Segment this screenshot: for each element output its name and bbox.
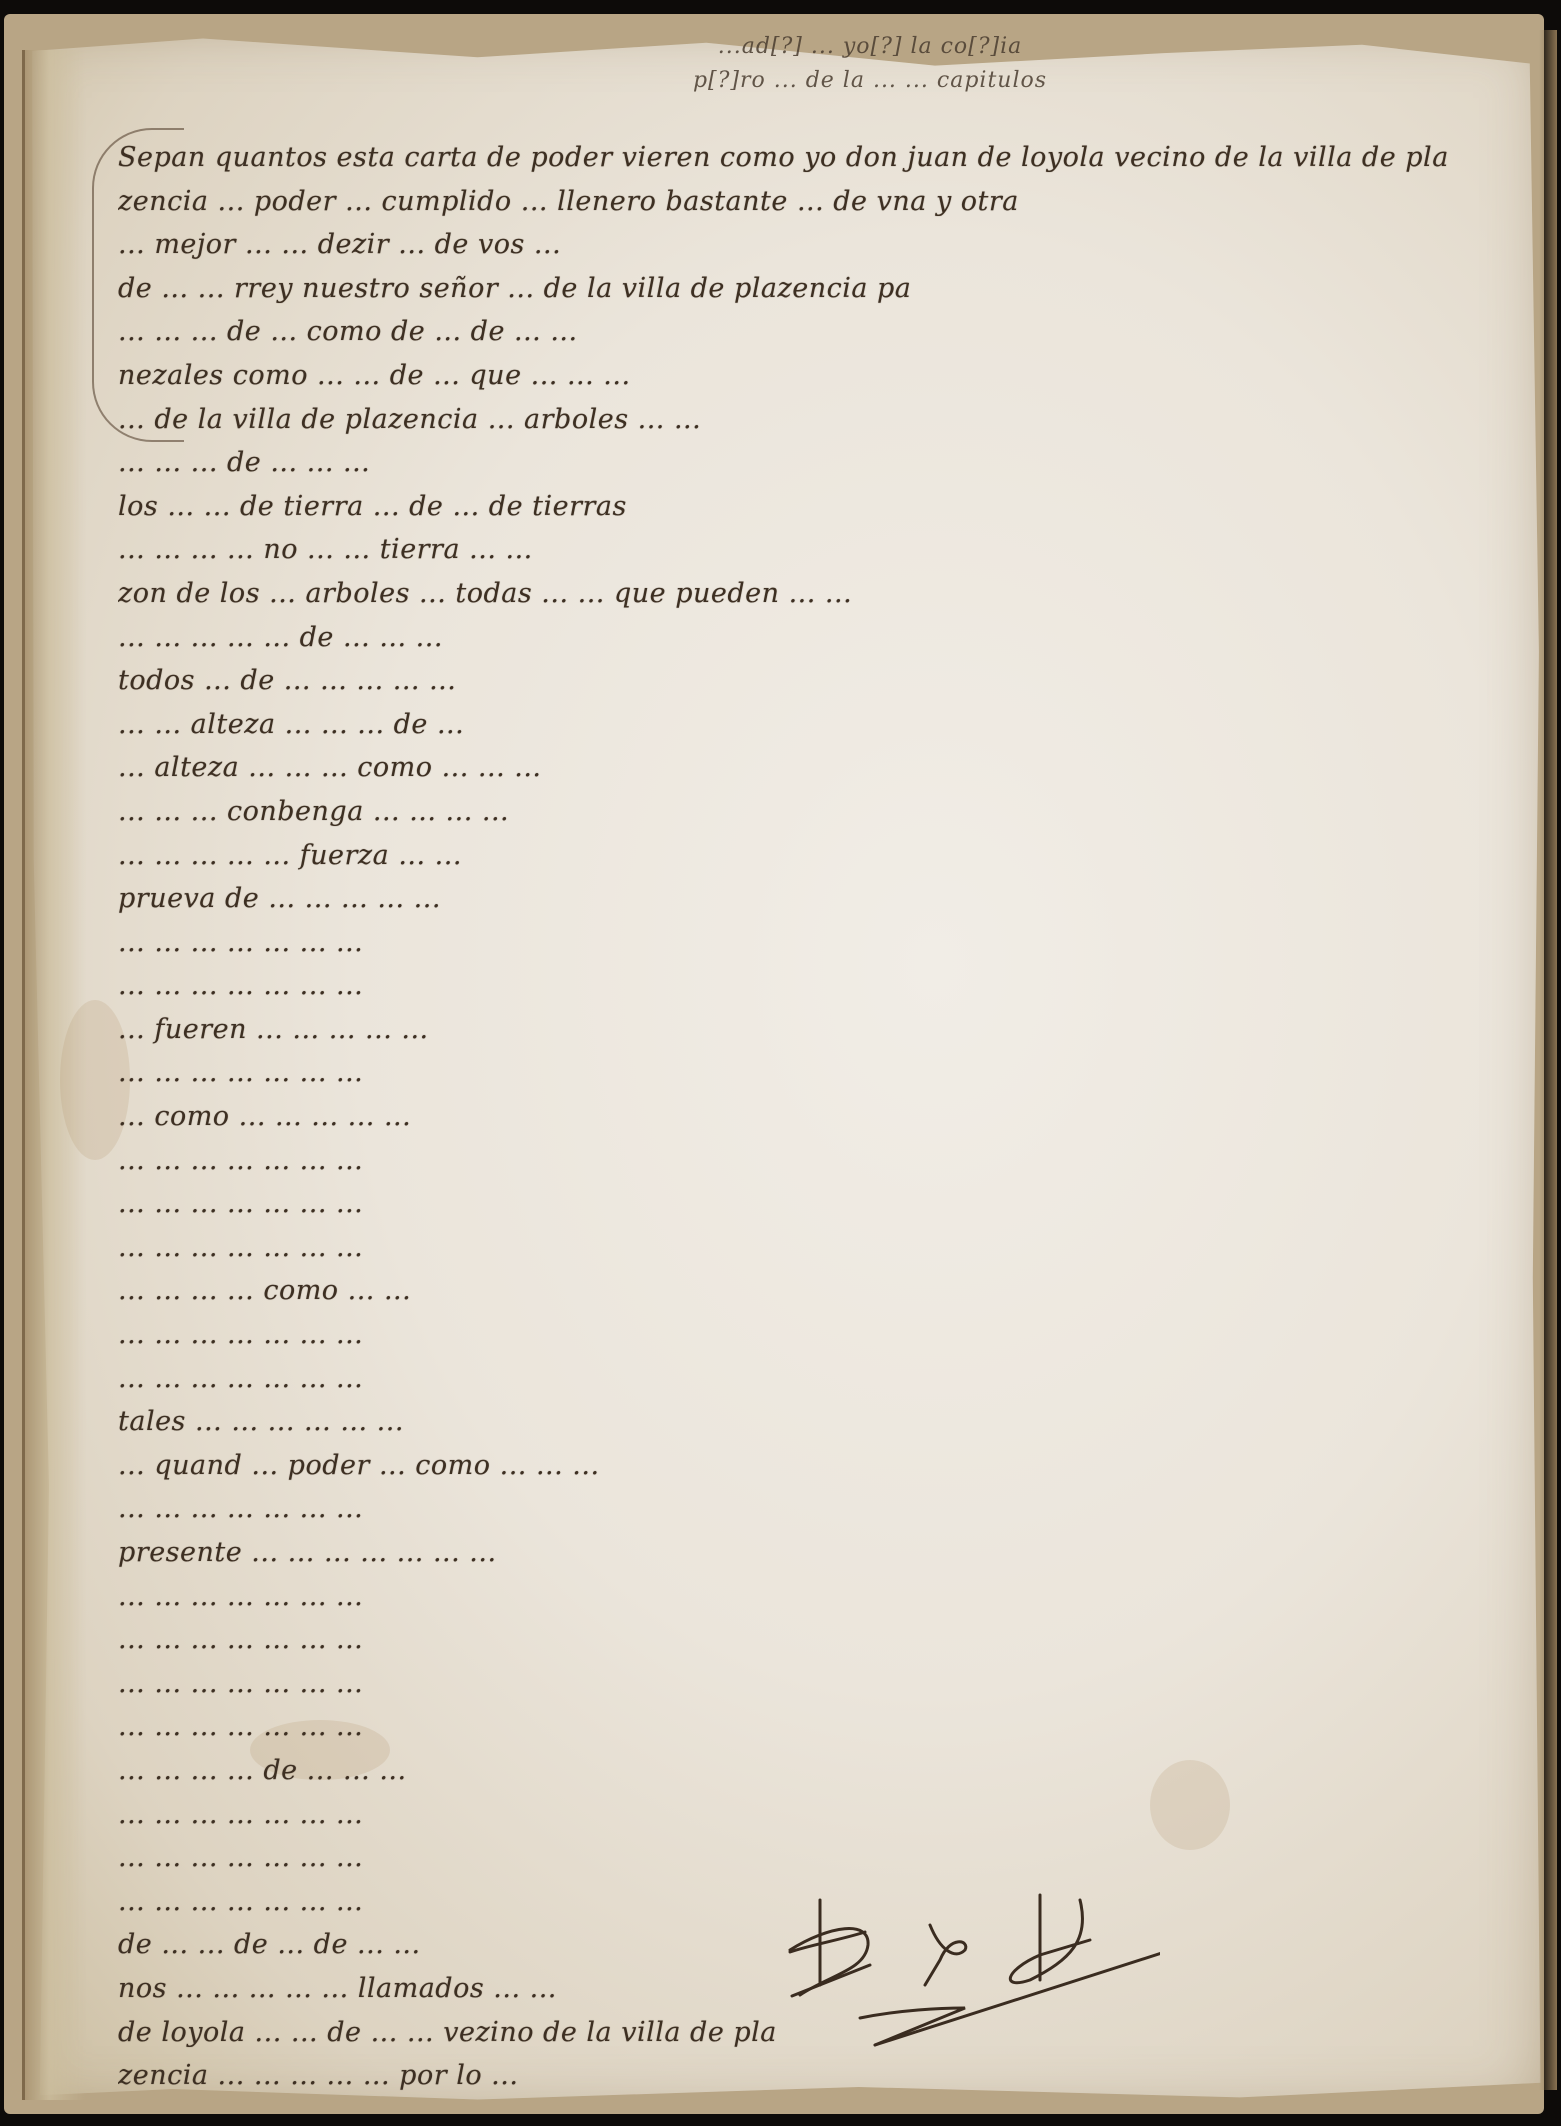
text-line: ... ... ... ... ... ... ... bbox=[118, 1139, 1508, 1183]
text-line: ... ... ... ... ... de ... ... ... bbox=[118, 616, 1508, 660]
text-line: presente ... ... ... ... ... ... ... bbox=[118, 1531, 1508, 1575]
header-line: ...ad[?] ... yo[?] la co[?]ia bbox=[590, 30, 1150, 64]
text-line: ... ... ... de ... ... ... bbox=[118, 441, 1508, 485]
text-line: ... quand ... poder ... como ... ... ... bbox=[118, 1444, 1508, 1488]
text-line: tales ... ... ... ... ... ... bbox=[118, 1400, 1508, 1444]
header-line: p[?]ro ... de la ... ... capitulos bbox=[590, 64, 1150, 98]
text-line: ... ... ... ... ... ... ... bbox=[118, 1487, 1508, 1531]
right-edge bbox=[1539, 30, 1557, 2090]
text-line: Sepan quantos esta carta de poder vieren… bbox=[118, 136, 1508, 180]
text-line: ... ... ... ... ... ... ... bbox=[118, 1051, 1508, 1095]
text-line: ... ... ... ... ... ... ... bbox=[118, 1313, 1508, 1357]
text-line: ... ... ... ... ... ... ... bbox=[118, 1357, 1508, 1401]
text-line: todos ... de ... ... ... ... ... bbox=[118, 659, 1508, 703]
text-line: prueva de ... ... ... ... ... bbox=[118, 877, 1508, 921]
text-line: ... ... ... ... ... ... ... bbox=[118, 1575, 1508, 1619]
text-line: zon de los ... arboles ... todas ... ...… bbox=[118, 572, 1508, 616]
text-line: ... ... ... ... no ... ... tierra ... ..… bbox=[118, 528, 1508, 572]
text-line: ... alteza ... ... ... como ... ... ... bbox=[118, 746, 1508, 790]
text-line: ... como ... ... ... ... ... bbox=[118, 1095, 1508, 1139]
text-line: los ... ... de tierra ... de ... de tier… bbox=[118, 485, 1508, 529]
text-line: ... ... ... de ... como de ... de ... ..… bbox=[118, 310, 1508, 354]
text-line: ... ... ... ... ... ... ... bbox=[118, 964, 1508, 1008]
text-line: ... ... ... ... ... ... ... bbox=[118, 1618, 1508, 1662]
text-line: ... ... ... ... ... ... ... bbox=[118, 1226, 1508, 1270]
text-line: ... ... ... ... como ... ... bbox=[118, 1269, 1508, 1313]
text-line: ... ... ... ... ... ... ... bbox=[118, 1182, 1508, 1226]
text-line: ... ... ... conbenga ... ... ... ... bbox=[118, 790, 1508, 834]
text-line: zencia ... poder ... cumplido ... llener… bbox=[118, 180, 1508, 224]
text-line: ... fueren ... ... ... ... ... bbox=[118, 1008, 1508, 1052]
manuscript-body: Sepan quantos esta carta de poder vieren… bbox=[118, 136, 1508, 2098]
text-line: ... ... ... ... ... ... ... bbox=[118, 1793, 1508, 1837]
text-line: ... mejor ... ... dezir ... de vos ... bbox=[118, 223, 1508, 267]
text-line: ... ... ... ... de ... ... ... bbox=[118, 1749, 1508, 1793]
text-line: nezales como ... ... de ... que ... ... … bbox=[118, 354, 1508, 398]
text-line: ... ... ... ... ... ... ... bbox=[118, 921, 1508, 965]
text-line: ... ... ... ... ... fuerza ... ... bbox=[118, 834, 1508, 878]
text-line: ... ... ... ... ... ... ... bbox=[118, 1836, 1508, 1880]
text-line: ... ... ... ... ... ... ... bbox=[118, 1705, 1508, 1749]
header-annotation: ...ad[?] ... yo[?] la co[?]ia p[?]ro ...… bbox=[590, 30, 1150, 98]
text-line: ... ... ... ... ... ... ... bbox=[118, 1662, 1508, 1706]
text-line: ... de la villa de plazencia ... arboles… bbox=[118, 398, 1508, 442]
text-line: de ... ... rrey nuestro señor ... de la … bbox=[118, 267, 1508, 311]
text-line: ... ... alteza ... ... ... de ... bbox=[118, 703, 1508, 747]
signature-block: [signature / rubric] bbox=[740, 1890, 1160, 2070]
